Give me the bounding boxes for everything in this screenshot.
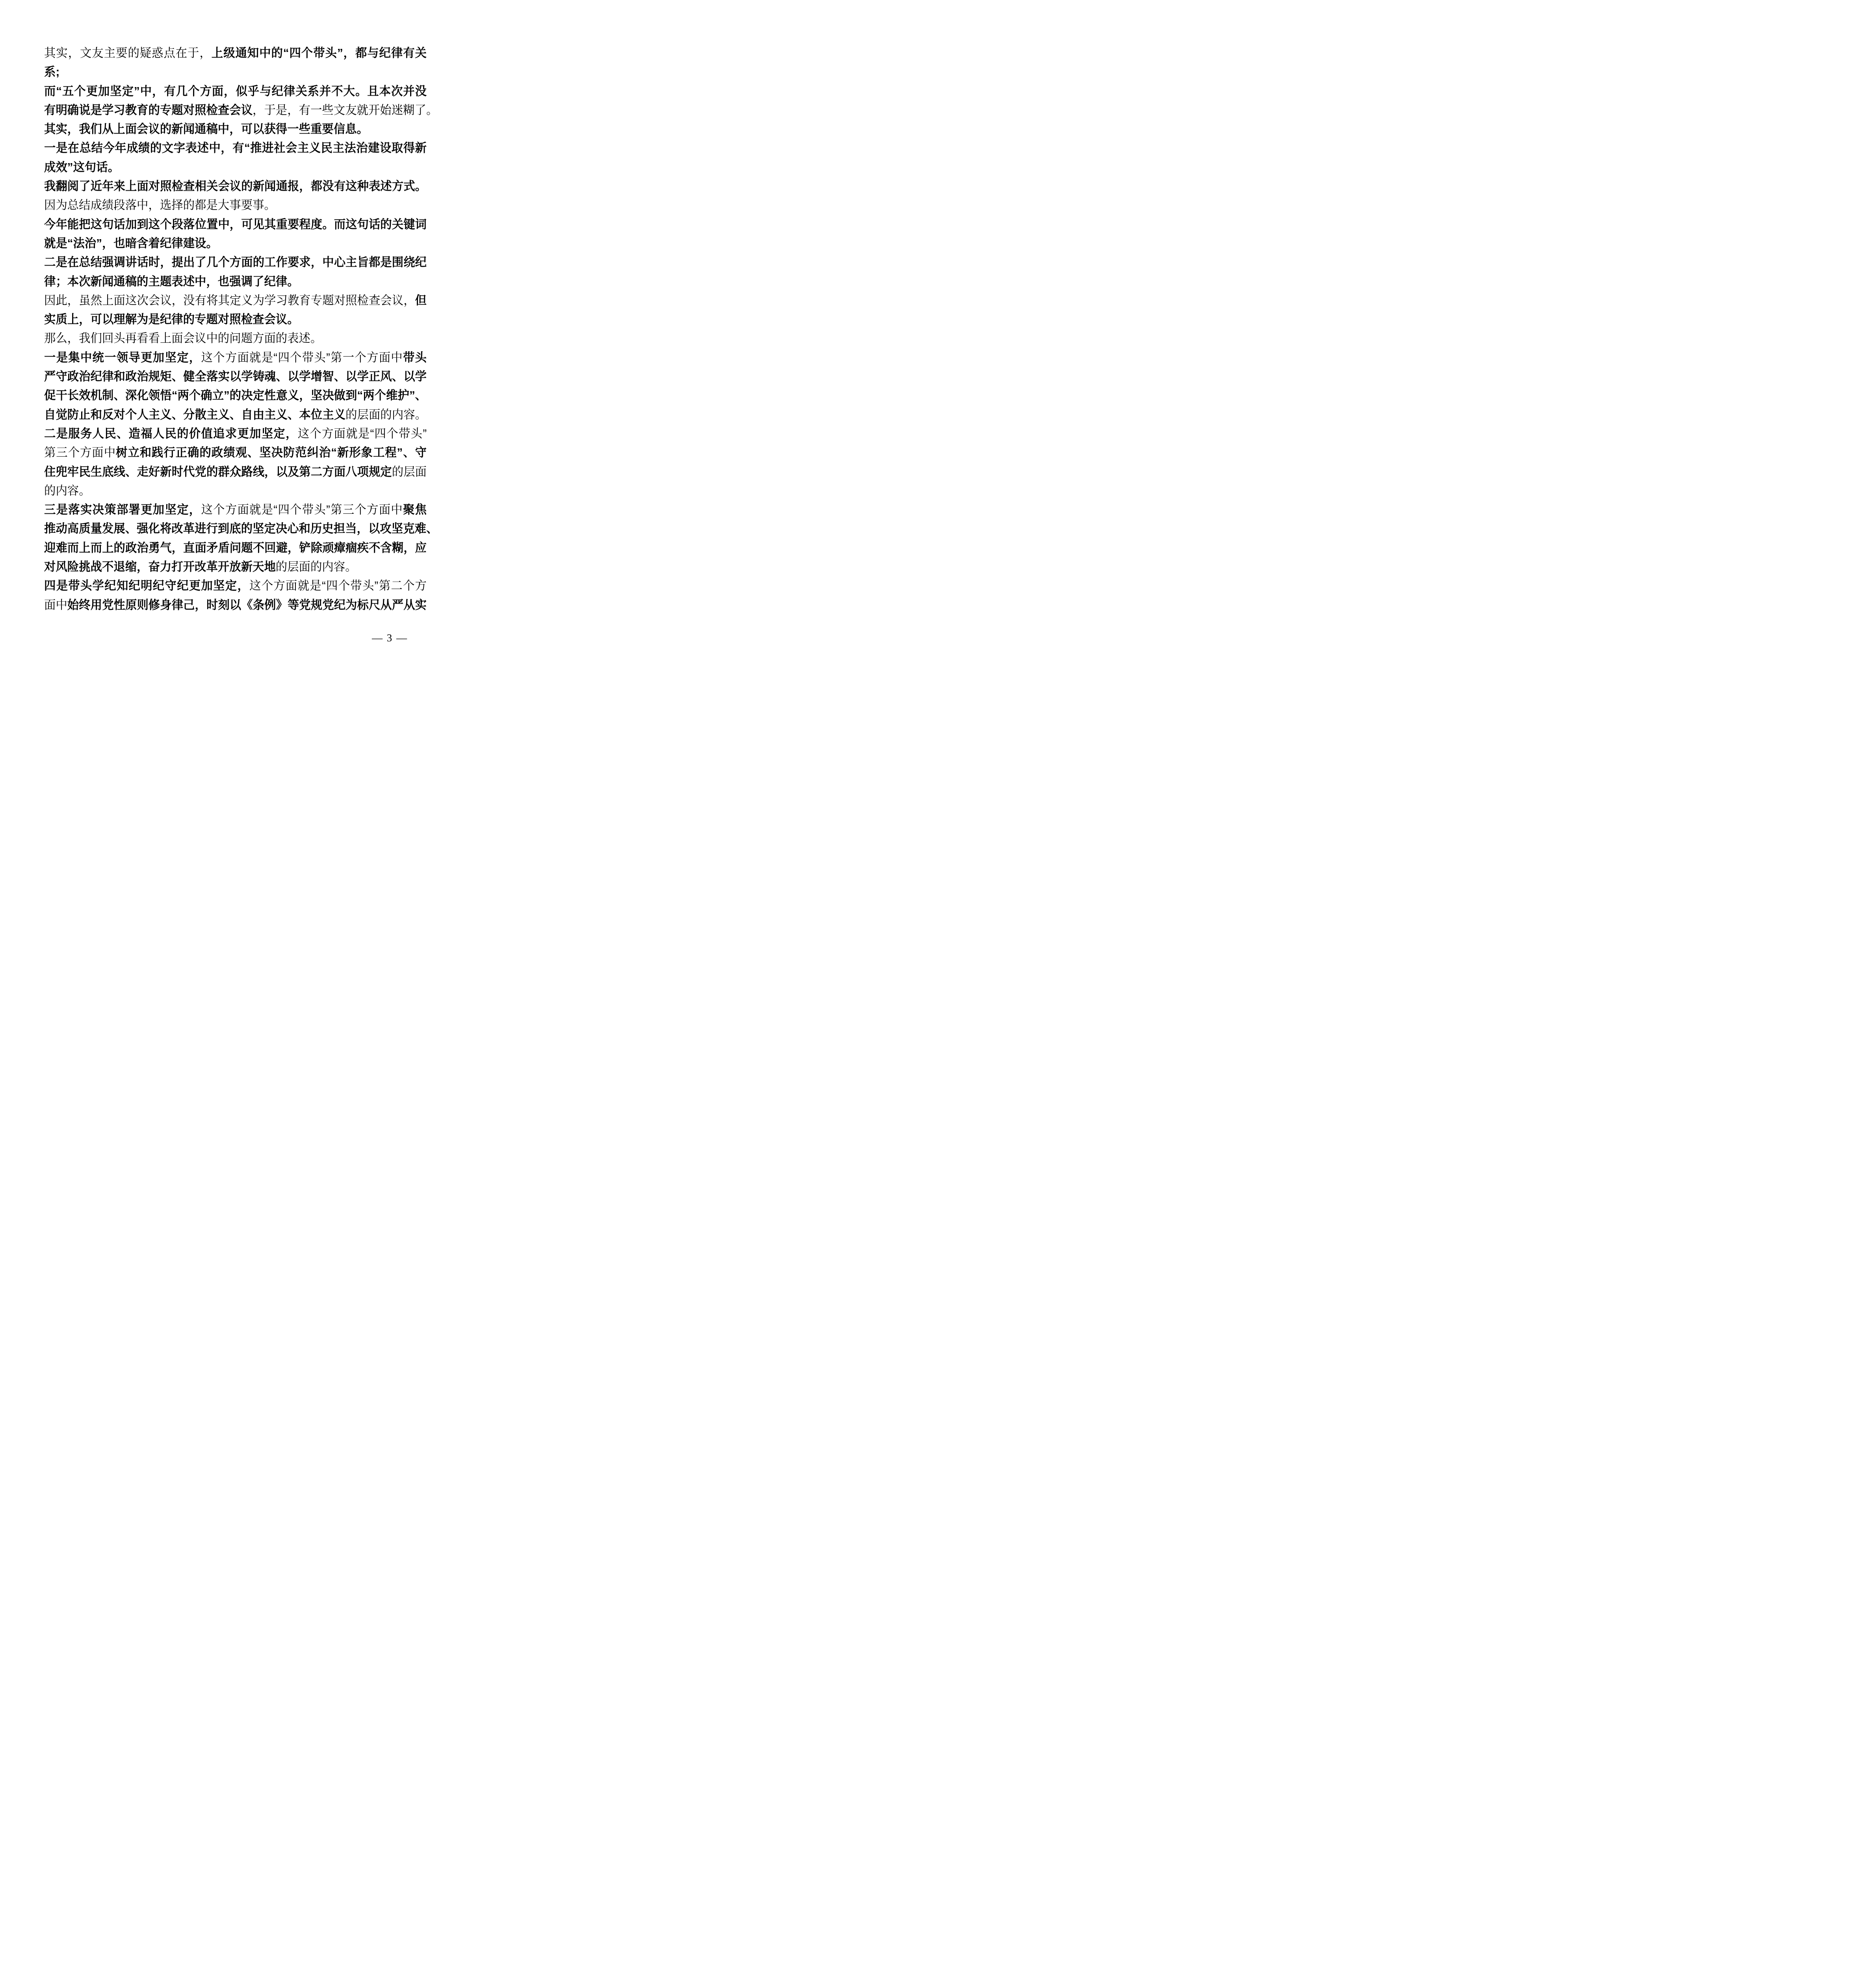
text-segment: 因此，虽然上面这次会议，没有将其定义为学习教育专题对照检查会议，	[44, 294, 415, 307]
text-segment: 面中	[44, 598, 67, 611]
bold-text-segment: 促干长效机制、深化领悟“两个确立”的决定性意义，坚决做到“两个维护”、	[44, 389, 427, 402]
bold-text-segment: 成效”这句话。	[44, 161, 119, 174]
document-page: 其实，文友主要的疑惑点在于，上级通知中的“四个带头”，都与纪律有关系;而“五个更…	[0, 0, 469, 663]
text-line: 因为总结成绩段落中，选择的都是大事要事。	[44, 196, 427, 215]
text-line: 一是集中统一领导更加坚定，这个方面就是“四个带头”第一个方面中带头	[44, 348, 427, 367]
text-line: 律；本次新闻通稿的主题表述中，也强调了纪律。	[44, 272, 427, 291]
bold-text-segment: 上级通知中的“四个带头”，都与纪律有关	[212, 46, 427, 59]
text-line: 四是带头学纪知纪明纪守纪更加坚定，这个方面就是“四个带头”第二个方	[44, 576, 427, 595]
text-segment: 的层面的内容。	[276, 560, 357, 573]
bold-text-segment: 系;	[44, 65, 59, 78]
bold-text-segment: 律；本次新闻通稿的主题表述中，也强调了纪律。	[44, 275, 299, 288]
bold-text-segment: 但	[415, 294, 427, 307]
bold-text-segment: 二是服务人民、造福人民的价值追求更加坚定，	[44, 427, 298, 440]
text-line: 二是在总结强调讲话时，提出了几个方面的工作要求，中心主旨都是围绕纪	[44, 253, 427, 272]
text-line: 一是在总结今年成绩的文字表述中，有“推进社会主义民主法治建设取得新	[44, 139, 427, 158]
bold-text-segment: 今年能把这句话加到这个段落位置中，可见其重要程度。而这句话的关键词	[44, 218, 427, 231]
text-line: 面中始终用党性原则修身律己，时刻以《条例》等党规党纪为标尺从严从实	[44, 596, 427, 615]
bold-text-segment: 始终用党性原则修身律己，时刻以《条例》等党规党纪为标尺从严从实	[67, 598, 427, 611]
text-line: 三是落实决策部署更加坚定，这个方面就是“四个带头”第三个方面中聚焦	[44, 500, 427, 519]
text-segment: 这个方面就是“四个带头”	[298, 427, 427, 440]
text-segment: ，于是，有一些文友就开始迷糊了。	[253, 104, 438, 117]
bold-text-segment: 实质上，可以理解为是纪律的专题对照检查会议。	[44, 313, 299, 326]
text-line: 有明确说是学习教育的专题对照检查会议，于是，有一些文友就开始迷糊了。	[44, 101, 427, 120]
text-line: 我翻阅了近年来上面对照检查相关会议的新闻通报，都没有这种表述方式。	[44, 177, 427, 196]
text-line: 二是服务人民、造福人民的价值追求更加坚定，这个方面就是“四个带头”	[44, 424, 427, 443]
bold-text-segment: 带头	[403, 351, 427, 364]
bold-text-segment: 就是“法治”，也暗含着纪律建设。	[44, 237, 218, 250]
bold-text-segment: 我翻阅了近年来上面对照检查相关会议的新闻通报，都没有这种表述方式。	[44, 180, 427, 193]
bold-text-segment: 三是落实决策部署更加坚定，	[44, 503, 201, 516]
bold-text-segment: 自觉防止和反对个人主义、分散主义、自由主义、本位主义	[44, 408, 345, 421]
text-line: 对风险挑战不退缩，奋力打开改革开放新天地的层面的内容。	[44, 558, 427, 576]
text-line: 成效”这句话。	[44, 158, 427, 177]
bold-text-segment: 二是在总结强调讲话时，提出了几个方面的工作要求，中心主旨都是围绕纪	[44, 256, 427, 269]
bold-text-segment: 有明确说是学习教育的专题对照检查会议	[44, 104, 253, 117]
text-segment: 第三个方面中	[44, 446, 116, 459]
text-line: 其实，文友主要的疑惑点在于，上级通知中的“四个带头”，都与纪律有关	[44, 44, 427, 63]
text-segment: 这个方面就是“四个带头”第二个方	[249, 579, 427, 592]
bold-text-segment: 其实，我们从上面会议的新闻通稿中，可以获得一些重要信息。	[44, 123, 368, 136]
text-line: 其实，我们从上面会议的新闻通稿中，可以获得一些重要信息。	[44, 120, 427, 139]
bold-text-segment: 聚焦	[403, 503, 427, 516]
text-line: 自觉防止和反对个人主义、分散主义、自由主义、本位主义的层面的内容。	[44, 405, 427, 424]
text-line: 迎难而上而上的政治勇气，直面矛盾问题不回避，铲除顽瘴痼疾不含糊，应	[44, 539, 427, 558]
bold-text-segment: 树立和践行正确的政绩观、坚决防范纠治“新形象工程”、守	[116, 446, 427, 459]
text-segment: 的层面	[392, 465, 427, 478]
bold-text-segment: 一是在总结今年成绩的文字表述中，有“推进社会主义民主法治建设取得新	[44, 141, 427, 154]
text-segment: 这个方面就是“四个带头”第一个方面中	[201, 351, 403, 364]
text-segment: 的层面的内容。	[345, 408, 427, 421]
text-line: 实质上，可以理解为是纪律的专题对照检查会议。	[44, 310, 427, 329]
text-line: 的内容。	[44, 481, 427, 500]
text-line: 就是“法治”，也暗含着纪律建设。	[44, 234, 427, 253]
bold-text-segment: 推动高质量发展、强化将改革进行到底的坚定决心和历史担当，以攻坚克难、	[44, 522, 438, 535]
text-line: 促干长效机制、深化领悟“两个确立”的决定性意义，坚决做到“两个维护”、	[44, 386, 427, 405]
bold-text-segment: 严守政治纪律和政治规矩、健全落实以学铸魂、以学增智、以学正风、以学	[44, 370, 427, 383]
bold-text-segment: 四是带头学纪知纪明纪守纪更加坚定，	[44, 579, 249, 592]
text-line: 系;	[44, 63, 427, 82]
bold-text-segment: 一是集中统一领导更加坚定，	[44, 351, 201, 364]
page-number: — 3 —	[372, 632, 408, 644]
text-segment: 因为总结成绩段落中，选择的都是大事要事。	[44, 199, 276, 212]
document-body: 其实，文友主要的疑惑点在于，上级通知中的“四个带头”，都与纪律有关系;而“五个更…	[44, 44, 427, 615]
bold-text-segment: 迎难而上而上的政治勇气，直面矛盾问题不回避，铲除顽瘴痼疾不含糊，应	[44, 541, 427, 554]
text-line: 那么，我们回头再看看上面会议中的问题方面的表述。	[44, 329, 427, 348]
text-line: 第三个方面中树立和践行正确的政绩观、坚决防范纠治“新形象工程”、守	[44, 443, 427, 462]
text-segment: 的内容。	[44, 484, 91, 497]
text-line: 今年能把这句话加到这个段落位置中，可见其重要程度。而这句话的关键词	[44, 215, 427, 234]
text-line: 严守政治纪律和政治规矩、健全落实以学铸魂、以学增智、以学正风、以学	[44, 367, 427, 386]
text-line: 住兜牢民生底线、走好新时代党的群众路线，以及第二方面八项规定的层面	[44, 463, 427, 481]
text-line: 而“五个更加坚定”中，有几个方面，似乎与纪律关系并不大。且本次并没	[44, 82, 427, 101]
text-line: 推动高质量发展、强化将改革进行到底的坚定决心和历史担当，以攻坚克难、	[44, 519, 427, 538]
bold-text-segment: 而“五个更加坚定”中，有几个方面，似乎与纪律关系并不大。且本次并没	[44, 85, 427, 98]
bold-text-segment: 住兜牢民生底线、走好新时代党的群众路线，以及第二方面八项规定	[44, 465, 392, 478]
bold-text-segment: 对风险挑战不退缩，奋力打开改革开放新天地	[44, 560, 276, 573]
text-segment: 其实，文友主要的疑惑点在于，	[44, 46, 212, 59]
text-line: 因此，虽然上面这次会议，没有将其定义为学习教育专题对照检查会议，但	[44, 291, 427, 310]
text-segment: 那么，我们回头再看看上面会议中的问题方面的表述。	[44, 332, 322, 345]
text-segment: 这个方面就是“四个带头”第三个方面中	[201, 503, 403, 516]
